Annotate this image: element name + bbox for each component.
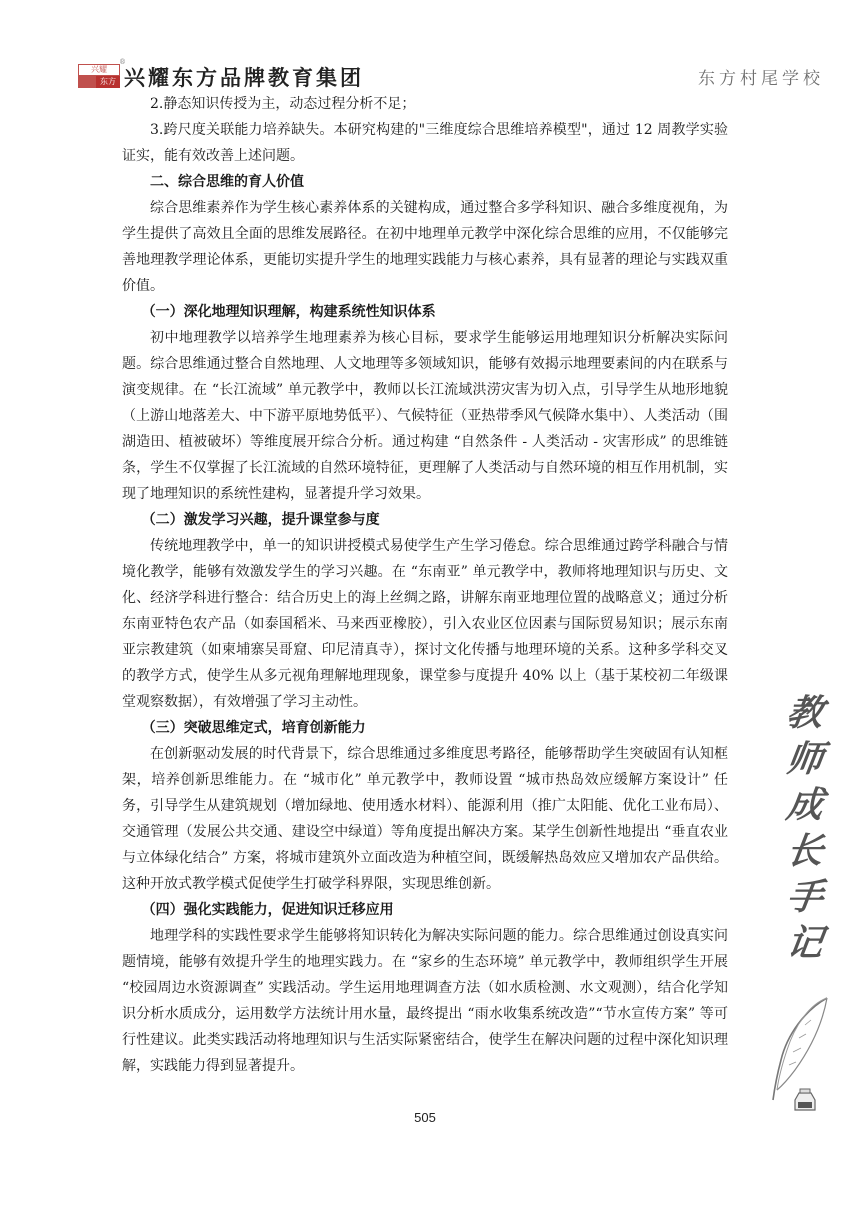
subsection-title: （三）突破思维定式，培育创新能力	[122, 715, 728, 741]
intro-item: 2.静态知识传授为主，动态过程分析不足；	[122, 91, 728, 117]
school-name: 东方村尾学校	[698, 64, 824, 89]
subsection-title: （一）深化地理知识理解，构建系统性知识体系	[122, 299, 728, 325]
subsection-body: 地理学科的实践性要求学生能够将知识转化为解决实际问题的能力。综合思维通过创设真实…	[122, 923, 728, 1079]
subsection-body: 在创新驱动发展的时代背景下，综合思维通过多维度思考路径，能够帮助学生突破固有认知…	[122, 741, 728, 897]
calligraphy-char: 师	[777, 736, 833, 782]
calligraphy-char: 成	[777, 782, 833, 828]
document-body: 2.静态知识传授为主，动态过程分析不足； 3.跨尺度关联能力培养缺失。本研究构建…	[122, 91, 728, 1079]
section-title: 二、综合思维的育人价值	[122, 169, 728, 195]
logo-top: 兴耀	[78, 64, 120, 76]
page-number: 505	[0, 1110, 850, 1125]
logo-bottom: 东方	[96, 76, 120, 88]
brand-title: 兴耀东方品牌教育集团	[124, 62, 364, 92]
calligraphy-char: 教	[777, 690, 833, 736]
calligraphy-char: 记	[777, 920, 833, 966]
teacher-growth-notes-calligraphy: 教 师 成 长 手 记	[780, 690, 830, 966]
brand-logo: 兴耀 东方 ®	[78, 64, 120, 88]
subsection-body: 传统地理教学中，单一的知识讲授模式易使学生产生学习倦怠。综合思维通过跨学科融合与…	[122, 533, 728, 715]
subsection-title: （二）激发学习兴趣，提升课堂参与度	[122, 507, 728, 533]
quill-and-inkwell-icon	[765, 990, 835, 1115]
section-intro: 综合思维素养作为学生核心素养体系的关键构成，通过整合多学科知识、融合多维度视角，…	[122, 195, 728, 299]
calligraphy-char: 长	[777, 828, 833, 874]
subsection-body: 初中地理教学以培养学生地理素养为核心目标，要求学生能够运用地理知识分析解决实际问…	[122, 325, 728, 507]
calligraphy-char: 手	[777, 874, 833, 920]
subsection-title: （四）强化实践能力，促进知识迁移应用	[122, 897, 728, 923]
page-header: 兴耀 东方 ® 兴耀东方品牌教育集团 东方村尾学校	[0, 0, 850, 95]
intro-item: 3.跨尺度关联能力培养缺失。本研究构建的"三维度综合思维培养模型"，通过 12 …	[122, 117, 728, 169]
